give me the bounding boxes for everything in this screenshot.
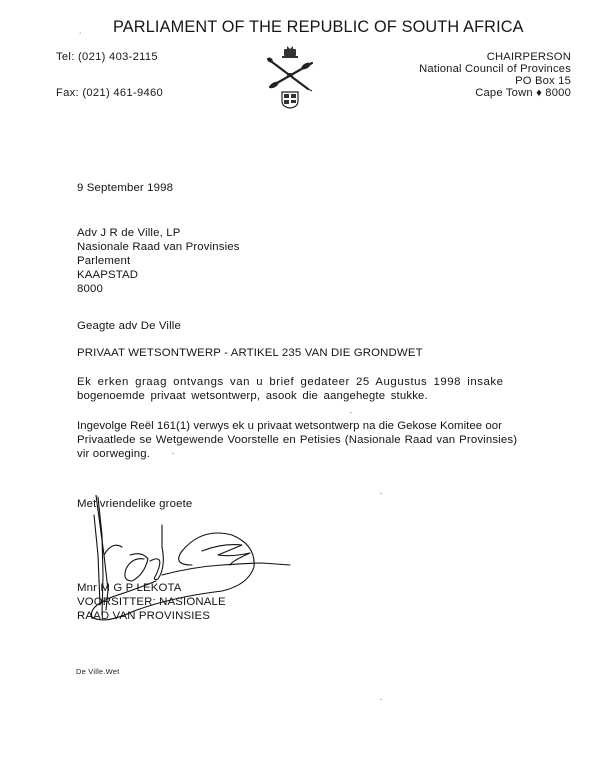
signatory-name: Mnr M G P LEKOTA <box>77 581 226 595</box>
closing: Met vriendelike groete <box>77 498 192 510</box>
telephone-number: Tel: (021) 403-2115 <box>56 51 158 63</box>
office-po-box: PO Box 15 <box>419 75 571 87</box>
scan-speck: , <box>79 26 81 35</box>
scan-speck <box>172 453 174 454</box>
paragraph-line: Ingevolge Reël 161(1) verwys ek u privaa… <box>77 419 523 433</box>
paragraph-acknowledgement: Ek erken graag ontvangs van u brief geda… <box>77 375 523 403</box>
signatory-title-line2: RAAD VAN PROVINSIES <box>77 609 226 623</box>
parliament-crest-icon <box>262 45 318 109</box>
office-city: Cape Town ♦ 8000 <box>419 87 571 99</box>
scan-speck <box>380 699 382 700</box>
paragraph-line: Privaatlede se Wetgewende Voorstelle en … <box>77 433 523 447</box>
recipient-name: Adv J R de Ville, LP <box>77 226 240 240</box>
salutation: Geagte adv De Ville <box>77 320 181 332</box>
file-reference: De Ville.Wet <box>76 667 119 676</box>
recipient-city: KAAPSTAD <box>77 268 240 282</box>
recipient-organisation: Nasionale Raad van Provinsies <box>77 240 240 254</box>
office-council: National Council of Provinces <box>419 63 571 75</box>
recipient-institution: Parlement <box>77 254 240 268</box>
signatory-block: Mnr M G P LEKOTA VOORSITTER: NASIONALE R… <box>77 581 226 623</box>
scan-speck <box>350 412 352 413</box>
chairperson-address-block: CHAIRPERSON National Council of Province… <box>419 51 571 99</box>
fax-number: Fax: (021) 461-9460 <box>56 87 163 99</box>
recipient-address: Adv J R de Ville, LP Nasionale Raad van … <box>77 226 240 296</box>
subject-line: PRIVAAT WETSONTWERP - ARTIKEL 235 VAN DI… <box>77 347 423 359</box>
paragraph-line: bogenoemde privaat wetsontwerp, asook di… <box>77 389 523 403</box>
recipient-postcode: 8000 <box>77 282 240 296</box>
signatory-title-line1: VOORSITTER: NASIONALE <box>77 595 226 609</box>
paragraph-line: Ek erken graag ontvangs van u brief geda… <box>77 375 523 389</box>
paragraph-line: vir oorweging. <box>77 447 523 461</box>
letterhead-title: PARLIAMENT OF THE REPUBLIC OF SOUTH AFRI… <box>113 18 524 37</box>
letter-date: 9 September 1998 <box>77 182 173 194</box>
paragraph-referral: Ingevolge Reël 161(1) verwys ek u privaa… <box>77 419 523 461</box>
scan-speck <box>380 493 382 494</box>
office-title: CHAIRPERSON <box>419 51 571 63</box>
